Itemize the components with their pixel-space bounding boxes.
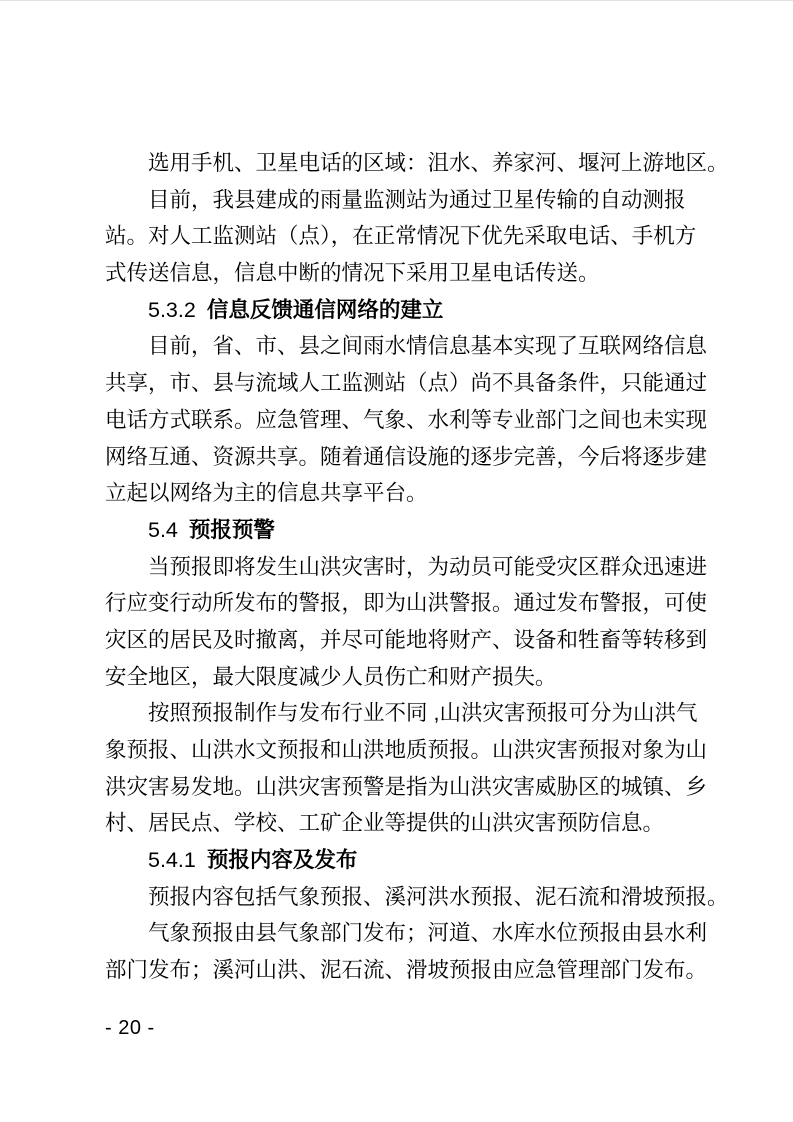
paragraph-line: 安全地区，最大限度减少人员伤亡和财产损失。 — [105, 659, 711, 696]
section-number: 5.4 — [148, 518, 178, 542]
section-title: 信息反馈通信网络的建立 — [207, 298, 444, 322]
paragraph-line: 洪灾害易发地。山洪灾害预警是指为山洪灾害威胁区的城镇、乡 — [105, 769, 711, 806]
section-number: 5.3.2 — [148, 298, 196, 322]
paragraph-line: 站。对人工监测站（点），在正常情况下优先采取电话、手机方 — [105, 218, 711, 255]
paragraph-line: 当预报即将发生山洪灾害时，为动员可能受灾区群众迅速进 — [105, 549, 711, 586]
paragraph-line: 选用手机、卫星电话的区域：沮水、养家河、堰河上游地区。 — [105, 145, 711, 182]
paragraph-line: 共享，市、县与流域人工监测站（点）尚不具备条件，只能通过 — [105, 365, 711, 402]
paragraph-line: 目前，我县建成的雨量监测站为通过卫星传输的自动测报 — [105, 182, 711, 219]
paragraph-line: 按照预报制作与发布行业不同 ,山洪灾害预报可分为山洪气 — [105, 695, 711, 732]
paragraph-line: 灾区的居民及时撤离，并尽可能地将财产、设备和牲畜等转移到 — [105, 622, 711, 659]
page-number: - 20 - — [105, 1013, 155, 1043]
paragraph-line: 象预报、山洪水文预报和山洪地质预报。山洪灾害预报对象为山 — [105, 732, 711, 769]
paragraph-line: 目前，省、市、县之间雨水情信息基本实现了互联网络信息 — [105, 328, 711, 365]
paragraph-line: 立起以网络为主的信息共享平台。 — [105, 475, 711, 512]
document-body: 选用手机、卫星电话的区域：沮水、养家河、堰河上游地区。 目前，我县建成的雨量监测… — [105, 145, 711, 989]
paragraph-line: 预报内容包括气象预报、溪河洪水预报、泥石流和滑坡预报。 — [105, 879, 711, 916]
paragraph-line: 式传送信息，信息中断的情况下采用卫星电话传送。 — [105, 255, 711, 292]
paragraph-line: 部门发布；溪河山洪、泥石流、滑坡预报由应急管理部门发布。 — [105, 952, 711, 989]
section-heading-5-4: 5.4预报预警 — [105, 512, 711, 549]
section-heading-5-3-2: 5.3.2信息反馈通信网络的建立 — [105, 292, 711, 329]
paragraph-line: 网络互通、资源共享。随着通信设施的逐步完善，今后将逐步建 — [105, 439, 711, 476]
paragraph-line: 行应变行动所发布的警报，即为山洪警报。通过发布警报，可使 — [105, 585, 711, 622]
section-title: 预报内容及发布 — [207, 848, 358, 872]
section-title: 预报预警 — [189, 518, 275, 542]
section-heading-5-4-1: 5.4.1预报内容及发布 — [105, 842, 711, 879]
paragraph-line: 气象预报由县气象部门发布；河道、水库水位预报由县水利 — [105, 915, 711, 952]
section-number: 5.4.1 — [148, 848, 196, 872]
paragraph-line: 电话方式联系。应急管理、气象、水利等专业部门之间也未实现 — [105, 402, 711, 439]
paragraph-line: 村、居民点、学校、工矿企业等提供的山洪灾害预防信息。 — [105, 805, 711, 842]
document-page: 选用手机、卫星电话的区域：沮水、养家河、堰河上游地区。 目前，我县建成的雨量监测… — [0, 0, 793, 1122]
